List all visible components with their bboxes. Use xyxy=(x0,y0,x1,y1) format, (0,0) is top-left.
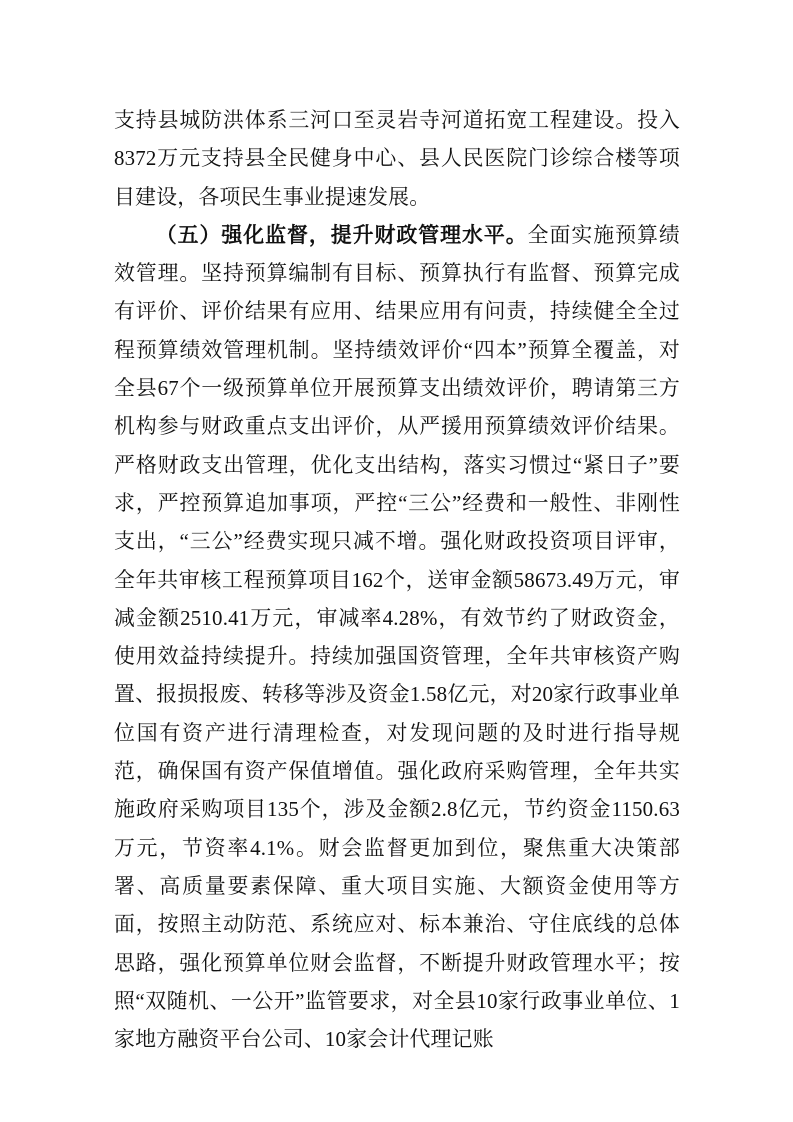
document-body: 支持县城防洪体系三河口至灵岩寺河道拓宽工程建设。投入8372万元支持县全民健身中… xyxy=(114,101,680,1058)
paragraph-section-five: （五）强化监督，提升财政管理水平。全面实施预算绩效管理。坚持预算编制有目标、预算… xyxy=(114,216,680,1059)
document-page: 支持县城防洪体系三河口至灵岩寺河道拓宽工程建设。投入8372万元支持县全民健身中… xyxy=(0,0,793,1122)
paragraph-continuation: 支持县城防洪体系三河口至灵岩寺河道拓宽工程建设。投入8372万元支持县全民健身中… xyxy=(114,101,680,216)
section-five-body-text: 全面实施预算绩效管理。坚持预算编制有目标、预算执行有监督、预算完成有评价、评价结… xyxy=(114,223,680,1051)
section-five-heading: （五）强化监督，提升财政管理水平。 xyxy=(156,223,528,247)
